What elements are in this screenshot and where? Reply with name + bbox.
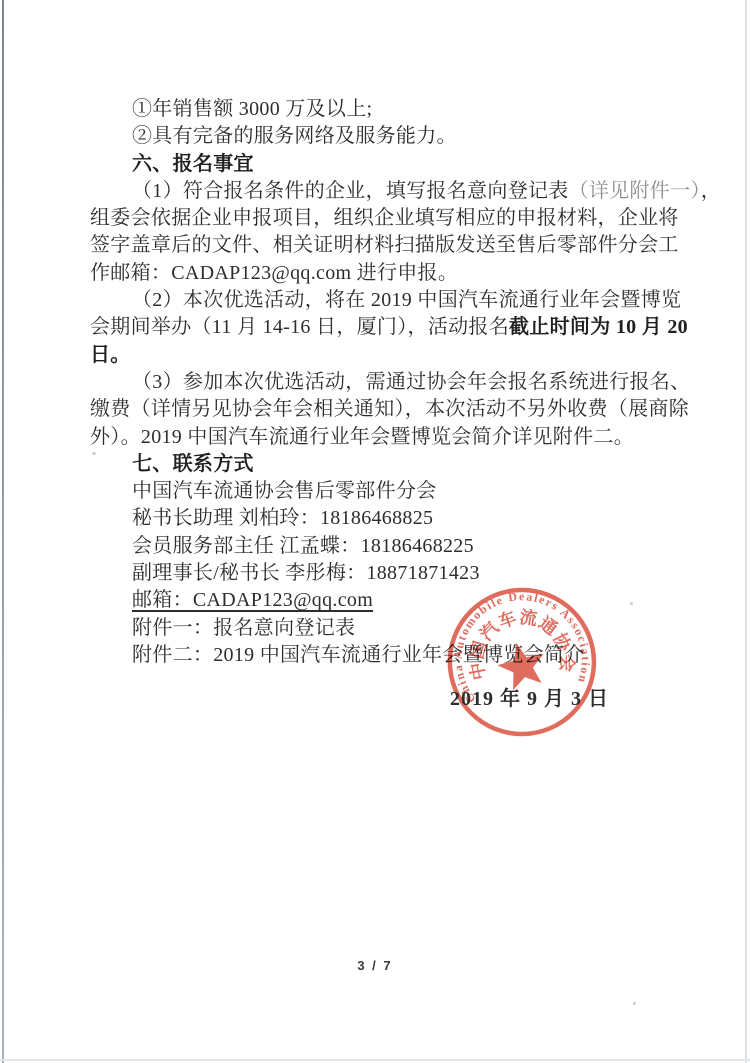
text-segment: （2）本次优选活动，将在 2019 中国汽车流通行业年会暨博览 — [132, 289, 681, 311]
scan-edge-right — [745, 0, 747, 1063]
text-segment: 会员服务部主任 江孟蝶：18186468225 — [132, 535, 474, 557]
text-line: 六、报名事宜 — [90, 151, 670, 178]
text-segment: 外）。2019 中国汽车流通行业年会暨博览会简介详见附件二。 — [90, 426, 634, 448]
text-segment: 附件一：报名意向登记表 — [132, 617, 355, 639]
text-line: 七、联系方式 — [90, 451, 670, 478]
text-segment: 秘书长助理 刘柏玲：18186468825 — [132, 507, 433, 529]
text-segment: 副理事长/秘书长 李彤梅：18871871423 — [132, 562, 480, 584]
text-line: 日。 — [90, 342, 670, 369]
text-segment: 作邮箱：CADAP123@qq.com 进行申报。 — [90, 262, 458, 284]
text-line: 缴费（详情另见协会年会相关通知），本次活动不另外收费（展商除 — [90, 396, 670, 423]
text-segment: 组委会依据企业申报项目，组织企业填写相应的申报材料，企业将 — [90, 207, 679, 229]
text-segment: 缴费（详情另见协会年会相关通知），本次活动不另外收费（展商除 — [90, 398, 689, 420]
text-line: 会员服务部主任 江孟蝶：18186468225 — [90, 533, 670, 560]
text-segment: 签字盖章后的文件、相关证明材料扫描版发送至售后零部件分会工 — [90, 234, 679, 256]
text-line: ①年销售额 3000 万及以上; — [90, 96, 670, 123]
text-line: 会期间举办（11 月 14-16 日，厦门），活动报名截止时间为 10 月 20 — [90, 314, 670, 341]
text-line: （3）参加本次优选活动，需通过协会年会报名系统进行报名、 — [90, 369, 670, 396]
scan-speck — [633, 1002, 636, 1005]
text-segment: ， — [701, 180, 721, 202]
text-line: 中国汽车流通协会售后零部件分会 — [90, 478, 670, 505]
document-date: 2019 年 9 月 3 日 — [450, 682, 609, 711]
text-segment: （1）符合报名条件的企业，填写报名意向登记表 — [132, 180, 569, 202]
page-number: 3 / 7 — [0, 958, 750, 973]
text-line: 签字盖章后的文件、相关证明材料扫描版发送至售后零部件分会工 — [90, 232, 670, 259]
text-line: （1）符合报名条件的企业，填写报名意向登记表（详见附件一）， — [90, 178, 670, 205]
text-segment: 日。 — [90, 344, 131, 366]
text-segment: 中国汽车流通协会售后零部件分会 — [132, 480, 437, 502]
text-segment: ①年销售额 3000 万及以上; — [132, 98, 372, 120]
text-segment: （3）参加本次优选活动，需通过协会年会报名系统进行报名、 — [132, 371, 690, 393]
text-line: 秘书长助理 刘柏玲：18186468825 — [90, 505, 670, 532]
text-segment: （详见附件一） — [569, 180, 701, 202]
text-segment: 邮箱：CADAP123@qq.com — [132, 589, 373, 611]
text-segment: 截止时间为 10 月 20 — [509, 316, 688, 338]
text-segment: 六、报名事宜 — [132, 153, 254, 175]
text-line: 外）。2019 中国汽车流通行业年会暨博览会简介详见附件二。 — [90, 424, 670, 451]
text-segment: ②具有完备的服务网络及服务能力。 — [132, 125, 457, 147]
text-segment: 会期间举办（11 月 14-16 日，厦门），活动报名 — [90, 316, 509, 338]
text-line: 作邮箱：CADAP123@qq.com 进行申报。 — [90, 260, 670, 287]
text-segment: 七、联系方式 — [132, 453, 254, 475]
scan-edge-left — [2, 0, 4, 1063]
text-line: （2）本次优选活动，将在 2019 中国汽车流通行业年会暨博览 — [90, 287, 670, 314]
association-stamp-icon: China Automobile Dealers Association 中国汽… — [441, 582, 603, 744]
scan-edge-bottom — [0, 1059, 750, 1061]
text-line: 组委会依据企业申报项目，组织企业填写相应的申报材料，企业将 — [90, 205, 670, 232]
text-line: ②具有完备的服务网络及服务能力。 — [90, 123, 670, 150]
document-page: ①年销售额 3000 万及以上;②具有完备的服务网络及服务能力。六、报名事宜（1… — [0, 0, 750, 1063]
